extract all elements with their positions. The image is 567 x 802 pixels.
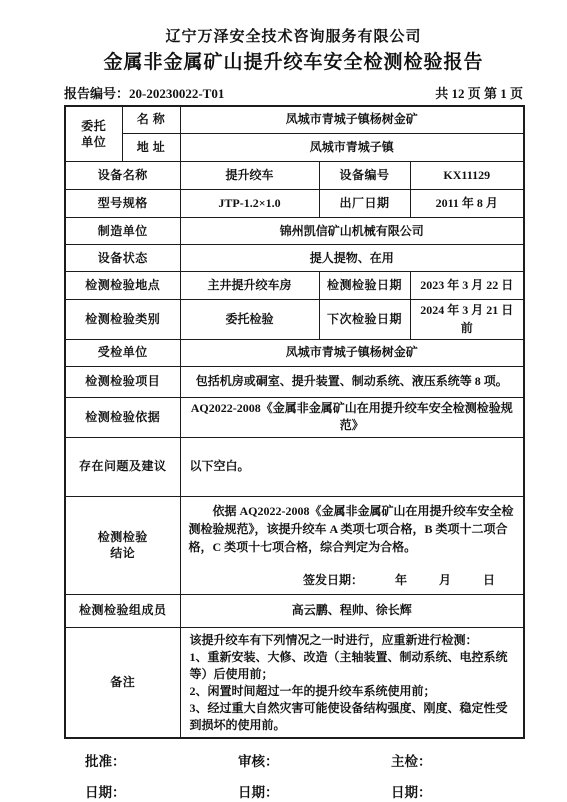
inspected-unit-value: 凤城市青城子镇杨树金矿 [180, 340, 524, 367]
sign-date-day: 日 [483, 572, 495, 589]
report-number-value: 20-20230022-T01 [129, 86, 224, 101]
page-indicator: 共 12 页 第 1 页 [435, 83, 523, 102]
chief-column: 主检： 日期： [370, 750, 523, 801]
inspect-place-value: 主井提升绞车房 [180, 272, 319, 300]
inspect-items-value: 包括机房或硐室、提升装置、制动系统、液压系统等 8 项。 [180, 367, 524, 398]
status-label: 设备状态 [65, 245, 180, 272]
report-title: 金属非金属矿山提升绞车安全检测检验报告 [64, 52, 523, 75]
problems-value: 以下空白。 [180, 437, 524, 496]
company-name: 辽宁万泽安全技术咨询服务有限公司 [64, 28, 523, 46]
mfg-date-value: 2011 年 8 月 [410, 190, 524, 218]
signature-footer: 批准： 日期： 审核： 日期： 主检： 日期： [64, 750, 523, 801]
inspected-unit-label: 受检单位 [65, 340, 180, 367]
problems-label: 存在问题及建议 [65, 437, 180, 496]
report-number-label: 报告编号： [64, 86, 129, 101]
chief-label: 主检： [391, 750, 523, 770]
sign-date-month: 月 [439, 572, 451, 589]
client-address-value: 凤城市青城子镇 [180, 134, 524, 162]
sign-date-year: 年 [395, 572, 407, 589]
chief-date-label: 日期： [391, 781, 523, 801]
report-table: 委托 单位 名 称 凤城市青城子镇杨树金矿 地 址 凤城市青城子镇 设备名称 提… [64, 105, 525, 739]
remark-line: 该提升绞车有下列情况之一时进行，应重新进行检测： [190, 632, 518, 649]
inspect-type-label: 检测检验类别 [65, 300, 180, 340]
next-date-label: 下次检验日期 [319, 300, 410, 340]
approve-date-label: 日期： [85, 781, 217, 801]
review-date-label: 日期： [238, 781, 370, 801]
approve-column: 批准： 日期： [64, 750, 217, 801]
inspect-date-value: 2023 年 3 月 22 日 [410, 272, 524, 300]
sign-date-label: 签发日期： [303, 572, 363, 589]
report-page: 辽宁万泽安全技术咨询服务有限公司 金属非金属矿山提升绞车安全检测检验报告 报告编… [0, 0, 567, 802]
remark-line: 1、重新安装、大修、改造（主轴装置、制动系统、电控系统等）后使用前； [190, 649, 518, 683]
remark-cell: 该提升绞车有下列情况之一时进行，应重新进行检测： 1、重新安装、大修、改造（主轴… [180, 627, 524, 738]
client-name-label: 名 称 [122, 106, 180, 134]
mfg-date-label: 出厂日期 [319, 190, 410, 218]
remark-label: 备注 [65, 627, 180, 738]
team-value: 高云鹏、程帅、徐长辉 [180, 594, 524, 627]
remark-line: 3、经过重大自然灾害可能使设备结构强度、刚度、稳定性受到损坏的使用前。 [190, 700, 518, 734]
manufacturer-label: 制造单位 [65, 218, 180, 245]
inspect-type-value: 委托检验 [180, 300, 319, 340]
inspect-basis-label: 检测检验依据 [65, 398, 180, 438]
inspect-place-label: 检测检验地点 [65, 272, 180, 300]
inspect-date-label: 检测检验日期 [319, 272, 410, 300]
inspect-basis-value: AQ2022-2008《金属非金属矿山在用提升绞车安全检测检验规范》 [180, 398, 524, 438]
status-value: 提人提物、在用 [180, 245, 524, 272]
client-address-label: 地 址 [122, 134, 180, 162]
remark-line: 2、闲置时间超过一年的提升绞车系统使用前； [190, 683, 518, 700]
sign-date-row: 签发日期： 年 月 日 [189, 572, 516, 589]
report-meta-row: 报告编号：20-20230022-T01 共 12 页 第 1 页 [64, 83, 523, 102]
report-number: 报告编号：20-20230022-T01 [64, 83, 224, 102]
conclusion-cell: 依据 AQ2022-2008《金属非金属矿山在用提升绞车安全检测检验规范》，该提… [180, 496, 524, 594]
device-name-label: 设备名称 [65, 162, 180, 190]
conclusion-text: 依据 AQ2022-2008《金属非金属矿山在用提升绞车安全检测检验规范》，该提… [189, 502, 516, 556]
device-name-value: 提升绞车 [180, 162, 319, 190]
approve-label: 批准： [85, 750, 217, 770]
review-label: 审核： [238, 750, 370, 770]
model-label: 型号规格 [65, 190, 180, 218]
team-label: 检测检验组成员 [65, 594, 180, 627]
next-date-value: 2024 年 3 月 21 日前 [410, 300, 524, 340]
client-unit-label: 委托 单位 [65, 106, 122, 162]
device-no-label: 设备编号 [319, 162, 410, 190]
device-no-value: KX11129 [410, 162, 524, 190]
conclusion-label: 检测检验 结论 [65, 496, 180, 594]
report-content: 辽宁万泽安全技术咨询服务有限公司 金属非金属矿山提升绞车安全检测检验报告 报告编… [64, 28, 523, 801]
client-name-value: 凤城市青城子镇杨树金矿 [180, 106, 524, 134]
model-value: JTP-1.2×1.0 [180, 190, 319, 218]
review-column: 审核： 日期： [217, 750, 370, 801]
inspect-items-label: 检测检验项目 [65, 367, 180, 398]
manufacturer-value: 锦州凯信矿山机械有限公司 [180, 218, 524, 245]
